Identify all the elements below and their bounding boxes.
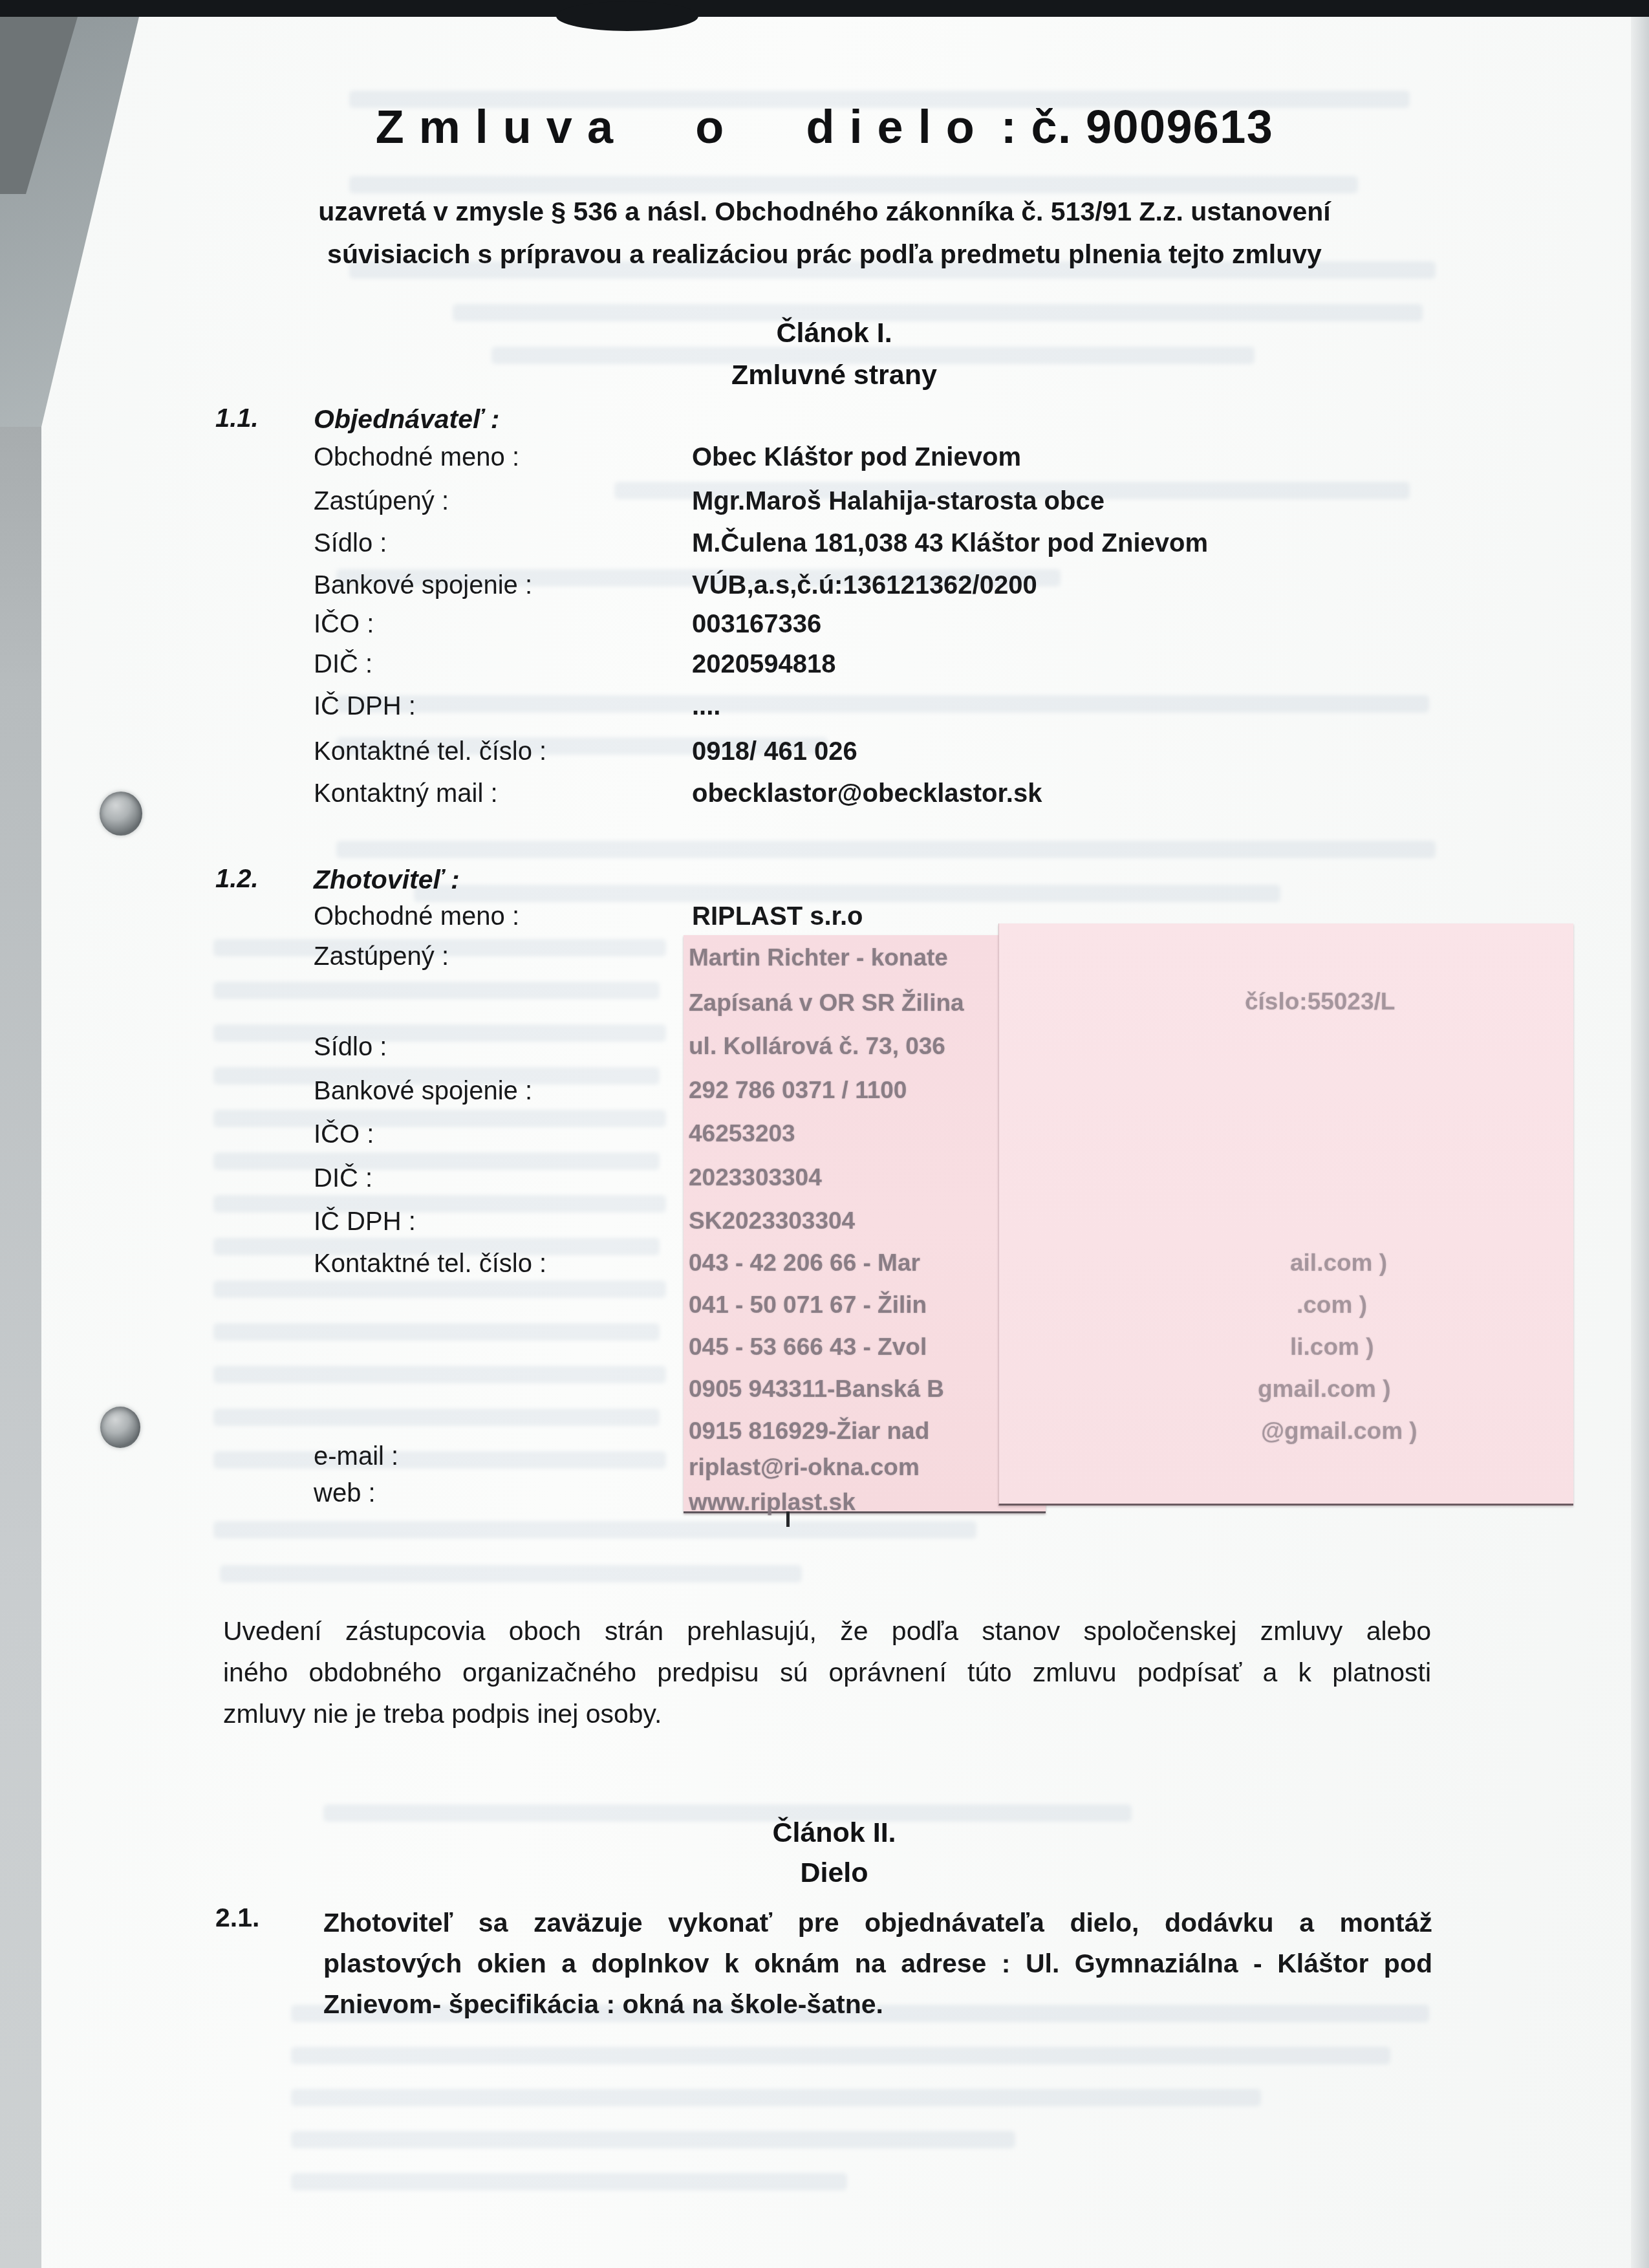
field-row: IČ DPH : .... (0, 692, 1649, 726)
bleed-through-line (336, 841, 1436, 858)
article2-subheading: Dielo (0, 1857, 1649, 1889)
declaration-line: zmluvy nie je treba podpis inej osoby. (223, 1693, 1431, 1734)
subtitle-line: súvisiacich s prípravou a realizáciou pr… (0, 233, 1649, 275)
party2-role: Zhotoviteľ : (314, 865, 460, 895)
field-label: web : (314, 1479, 376, 1508)
field-row: Kontaktný mail : obecklastor@obecklastor… (0, 779, 1649, 813)
field-label: Obchodné meno : (314, 902, 519, 931)
party2-header: 1.2. Zhotoviteľ : (0, 865, 1649, 898)
note-line: Zapísaná v OR SR Žilina (689, 989, 964, 1017)
party1-header: 1.1. Objednávateľ : (0, 404, 1649, 438)
bleed-through-line (220, 1565, 802, 1582)
field-row: DIČ : 2020594818 (0, 650, 1649, 684)
field-label: Obchodné meno : (314, 443, 519, 472)
title-number: : č. 9009613 (1001, 102, 1274, 153)
declaration-line: Uvedení zástupcovia oboch strán prehlasu… (223, 1610, 1431, 1652)
note-line: 0905 943311-Banská B (689, 1376, 944, 1403)
scan-top-blob (556, 1, 698, 31)
note-line: 0915 816929-Žiar nad (689, 1418, 929, 1445)
bleed-through-line (291, 2089, 1261, 2106)
party1-role: Objednávateľ : (314, 404, 499, 435)
field-row: Kontaktné tel. číslo : 0918/ 461 026 (0, 737, 1649, 771)
scanned-contract-page: Zmluva o dielo: č. 9009613 uzavretá v zm… (0, 0, 1649, 2268)
field-label: IČO : (314, 1120, 374, 1149)
note-line: 041 - 50 071 67 - Žilin (689, 1291, 927, 1319)
bleed-through-line (291, 2173, 847, 2190)
article2-heading: Článok II. (0, 1817, 1649, 1849)
field-row: IČ DPH : (0, 1207, 1649, 1241)
bleed-through-line (213, 1280, 666, 1298)
field-value: obecklastor@obecklastor.sk (692, 779, 1042, 808)
bleed-through-line (213, 1323, 660, 1341)
note-fragment: .com ) (1297, 1291, 1367, 1319)
field-label: Bankové spojenie : (314, 1077, 532, 1106)
field-row: IČO : 003167336 (0, 610, 1649, 643)
subtitle: uzavretá v zmysle § 536 a násl. Obchodné… (0, 190, 1649, 275)
field-row: web : (0, 1479, 1649, 1513)
bleed-through-line (213, 1366, 666, 1383)
note-fragment: gmail.com ) (1258, 1376, 1391, 1403)
field-row: Bankové spojenie : VÚB,a.s,č.ú:136121362… (0, 571, 1649, 605)
field-label: Bankové spojenie : (314, 571, 532, 600)
field-label: DIČ : (314, 650, 372, 679)
bleed-through-line (213, 1521, 976, 1539)
note-fragment: číslo:55023/L (1245, 988, 1395, 1015)
field-row: Sídlo : M.Čulena 181,038 43 Kláštor pod … (0, 529, 1649, 563)
note-line: 045 - 53 666 43 - Zvol (689, 1334, 927, 1361)
field-label: Kontaktný mail : (314, 779, 498, 808)
note-line: Martin Richter - konate (689, 944, 948, 971)
bleed-through-line (291, 2131, 1015, 2148)
field-row: Kontaktné tel. číslo : (0, 1249, 1649, 1283)
field-label: Zastúpený : (314, 942, 449, 971)
clause-line: Znievom- špecifikácia : okná na škole-ša… (323, 1984, 1432, 2025)
field-value: VÚB,a.s,č.ú:136121362/0200 (692, 571, 1037, 600)
field-value: .... (692, 692, 720, 721)
subtitle-line: uzavretá v zmysle § 536 a násl. Obchodné… (0, 190, 1649, 233)
field-label: IČO : (314, 610, 374, 639)
field-value: 0918/ 461 026 (692, 737, 857, 766)
title-main: Zmluva o dielo (376, 102, 989, 153)
field-row: Zastúpený : Mgr.Maroš Halahija-starosta … (0, 487, 1649, 521)
field-value: 003167336 (692, 610, 821, 639)
party2-number: 1.2. (215, 865, 259, 894)
field-row: DIČ : (0, 1164, 1649, 1198)
field-row: Obchodné meno : Obec Kláštor pod Znievom (0, 443, 1649, 477)
field-label: Kontaktné tel. číslo : (314, 1249, 546, 1279)
declaration-line: iného obdobného organizačného predpisu s… (223, 1652, 1431, 1693)
clause-number: 2.1. (215, 1903, 259, 1933)
note-fragment: li.com ) (1290, 1334, 1374, 1361)
field-value: Obec Kláštor pod Znievom (692, 443, 1021, 472)
bleed-through-line (213, 982, 660, 999)
field-value: 2020594818 (692, 650, 835, 679)
field-row: Sídlo : (0, 1033, 1649, 1066)
page-title: Zmluva o dielo: č. 9009613 (0, 101, 1649, 154)
note-fragment: @gmail.com ) (1261, 1418, 1417, 1445)
article1-heading: Článok I. (0, 318, 1649, 349)
field-value: Mgr.Maroš Halahija-starosta obce (692, 487, 1105, 516)
bleed-through-line (213, 1409, 660, 1426)
field-value: RIPLAST s.r.o (692, 902, 863, 931)
field-row: Bankové spojenie : (0, 1077, 1649, 1110)
clause-line: plastových okien a doplnkov k oknám na a… (323, 1943, 1432, 1984)
field-label: Zastúpený : (314, 487, 449, 516)
scan-top-bar (0, 0, 1649, 17)
party1-number: 1.1. (215, 404, 259, 433)
declaration-paragraph: Uvedení zástupcovia oboch strán prehlasu… (223, 1610, 1431, 1734)
field-label: e-mail : (314, 1442, 398, 1471)
field-row: e-mail : (0, 1442, 1649, 1476)
field-label: Sídlo : (314, 529, 387, 558)
clause-line: Zhotoviteľ sa zaväzuje vykonať pre objed… (323, 1903, 1432, 1943)
bleed-through-line (291, 2047, 1390, 2064)
field-label: Kontaktné tel. číslo : (314, 737, 546, 766)
field-label: DIČ : (314, 1164, 372, 1193)
field-row: IČO : (0, 1120, 1649, 1154)
article1-subheading: Zmluvné strany (0, 360, 1649, 391)
field-label: Sídlo : (314, 1033, 387, 1062)
field-label: IČ DPH : (314, 1207, 416, 1237)
field-label: IČ DPH : (314, 692, 416, 721)
field-value: M.Čulena 181,038 43 Kláštor pod Znievom (692, 529, 1208, 558)
clause-paragraph: Zhotoviteľ sa zaväzuje vykonať pre objed… (323, 1903, 1432, 2025)
